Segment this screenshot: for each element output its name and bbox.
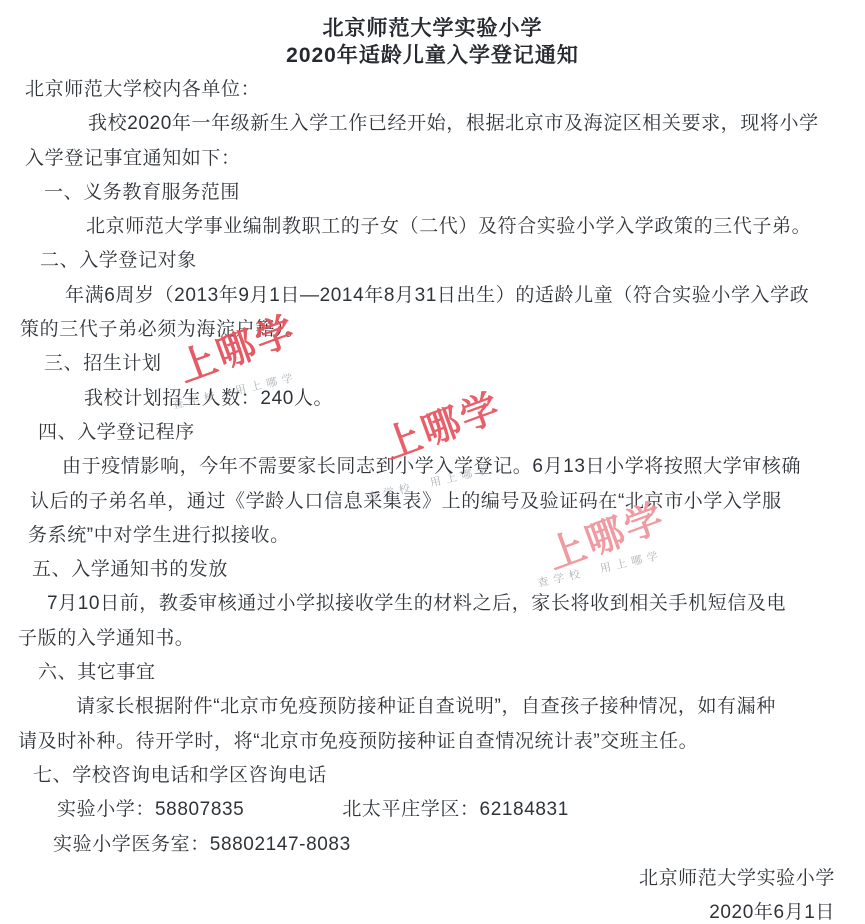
document-line: 务系统”中对学生进行拟接收。 bbox=[28, 519, 865, 553]
document-title-line1: 北京师范大学实验小学 bbox=[0, 15, 865, 42]
document-line: 由于疫情影响，今年不需要家长同志到小学入学登记。6月13日小学将按照大学审核确 bbox=[62, 450, 865, 484]
document-line: 五、入学通知书的发放 bbox=[32, 553, 865, 587]
document-line: 一、义务教育服务范围 bbox=[44, 176, 865, 210]
document-line: 北京师范大学校内各单位： bbox=[25, 73, 865, 107]
document-line: 请家长根据附件“北京市免疫预防接种证自查说明”，自查孩子接种情况，如有漏种 bbox=[76, 690, 865, 724]
document-line: 我校计划招生人数：240人。 bbox=[84, 382, 865, 416]
document-line: 北京师范大学事业编制教职工的子女（二代）及符合实验小学入学政策的三代子弟。 bbox=[86, 210, 865, 244]
document-line: 2020年6月1日 bbox=[0, 896, 865, 924]
document-line: 二、入学登记对象 bbox=[40, 244, 865, 278]
document-line: 北京师范大学实验小学 bbox=[0, 862, 865, 896]
document-title-line2: 2020年适龄儿童入学登记通知 bbox=[0, 42, 865, 69]
document-line: 请及时补种。待开学时，将“北京市免疫预防接种证自查情况统计表”交班主任。 bbox=[18, 725, 865, 759]
document-line: 四、入学登记程序 bbox=[38, 416, 865, 450]
document-line: 入学登记事宜通知如下： bbox=[25, 142, 865, 176]
document-line: 三、招生计划 bbox=[44, 347, 865, 381]
document-body: 北京师范大学校内各单位：我校2020年一年级新生入学工作已经开始，根据北京市及海… bbox=[0, 69, 865, 924]
notice-document-page: 上哪学查学校 用上哪学上哪学查学校 用上哪学上哪学查学校 用上哪学 北京师范大学… bbox=[0, 0, 865, 924]
document-line: 六、其它事宜 bbox=[38, 656, 865, 690]
document-line: 年满6周岁（2013年9月1日—2014年8月31日出生）的适龄儿童（符合实验小… bbox=[65, 279, 865, 313]
document-line: 实验小学：58807835 北太平庄学区：62184831 bbox=[57, 793, 865, 827]
document-header: 北京师范大学实验小学 2020年适龄儿童入学登记通知 bbox=[0, 0, 865, 69]
document-line: 策的三代子弟必须为海淀户籍）。 bbox=[20, 313, 865, 347]
document-line: 子版的入学通知书。 bbox=[18, 622, 865, 656]
document-line: 7月10日前，教委审核通过小学拟接收学生的材料之后，家长将收到相关手机短信及电 bbox=[47, 587, 865, 621]
document-line: 认后的子弟名单，通过《学龄人口信息采集表》上的编号及验证码在“北京市小学入学服 bbox=[30, 485, 865, 519]
document-line: 我校2020年一年级新生入学工作已经开始，根据北京市及海淀区相关要求，现将小学 bbox=[88, 107, 865, 141]
document-line: 实验小学医务室：58802147-8083 bbox=[53, 828, 865, 862]
document-line: 七、学校咨询电话和学区咨询电话 bbox=[33, 759, 865, 793]
